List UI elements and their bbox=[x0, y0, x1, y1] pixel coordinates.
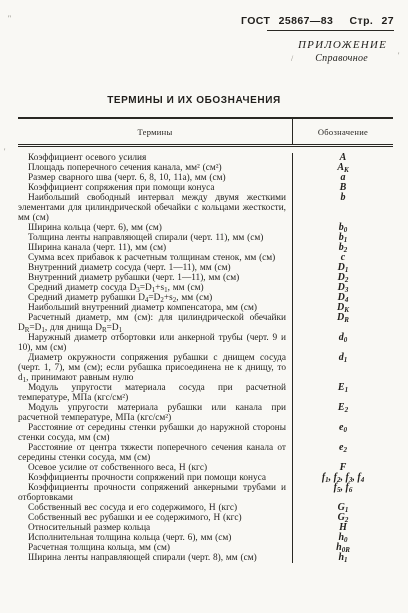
term-cell: Диаметр окружности сопряжения рубашки с … bbox=[18, 353, 292, 383]
doc-number-line: ГОСТ 25867—83 Стр. 27 bbox=[233, 15, 394, 27]
symbol-cell: e2 bbox=[292, 443, 393, 463]
term-cell: Средний диаметр рубашки D4=D2+s2, мм (см… bbox=[18, 293, 292, 303]
scan-artifact: ' bbox=[398, 52, 399, 60]
table-row: Площадь поперечного сечения канала, мм² … bbox=[18, 163, 393, 173]
header-rule bbox=[267, 30, 394, 31]
table-header-row: Термины Обозначение bbox=[18, 117, 393, 147]
doc-number: ГОСТ 25867—83 bbox=[241, 15, 333, 27]
column-header-designation: Обозначение bbox=[292, 119, 393, 144]
table-row: Средний диаметр сосуда D3=D1+s1, мм (см)… bbox=[18, 283, 393, 293]
term-cell: Внутренний диаметр рубашки (черт. 1—11),… bbox=[18, 273, 292, 283]
table-row: Собственный вес сосуда и его содержимого… bbox=[18, 503, 393, 513]
table-row: Расчетный диаметр, мм (см): для цилиндри… bbox=[18, 313, 393, 333]
term-cell: Ширина кольца (черт. 6), мм (см) bbox=[18, 223, 292, 233]
table-row: Наружный диаметр отбортовки или анкерной… bbox=[18, 333, 393, 353]
term-cell: Площадь поперечного сечения канала, мм² … bbox=[18, 163, 292, 173]
symbol-cell: f5, f6 bbox=[292, 483, 393, 503]
term-cell: Наибольший свободный интервал между двум… bbox=[18, 193, 292, 223]
table-row: Собственный вес рубашки и ее содержимого… bbox=[18, 513, 393, 523]
table-row: Относительный размер кольцаH bbox=[18, 523, 393, 533]
term-cell: Исполнительная толщина кольца (черт. 6),… bbox=[18, 533, 292, 543]
page-title: ТЕРМИНЫ И ИХ ОБОЗНАЧЕНИЯ bbox=[0, 95, 388, 106]
table-row: Ширина ленты направляющей спирали (черт.… bbox=[18, 553, 393, 563]
term-cell: Ширина ленты направляющей спирали (черт.… bbox=[18, 553, 292, 563]
symbol-cell: E2 bbox=[292, 403, 393, 423]
term-cell: Осевое усилие от собственного веса, Н (к… bbox=[18, 463, 292, 473]
table-row: Диаметр окружности сопряжения рубашки с … bbox=[18, 353, 393, 383]
column-header-terms: Термины bbox=[18, 119, 292, 144]
term-cell: Коэффициент сопряжения при помощи конуса bbox=[18, 183, 292, 193]
term-cell: Собственный вес сосуда и его содержимого… bbox=[18, 503, 292, 513]
scan-artifact: ' bbox=[4, 148, 5, 156]
table-row: Ширина канала (черт. 11), мм (см)b2 bbox=[18, 243, 393, 253]
term-cell: Коэффициенты прочности сопряжений при по… bbox=[18, 473, 292, 483]
term-cell: Средний диаметр сосуда D3=D1+s1, мм (см) bbox=[18, 283, 292, 293]
term-cell: Толщина ленты направляющей спирали (черт… bbox=[18, 233, 292, 243]
document-page: ГОСТ 25867—83 Стр. 27 ПРИЛОЖЕНИЕ Справоч… bbox=[0, 0, 408, 613]
symbol-cell: h0 bbox=[292, 533, 393, 543]
table-row: Расстояние от середины стенки рубашки до… bbox=[18, 423, 393, 443]
table-row: Наибольший свободный интервал между двум… bbox=[18, 193, 393, 223]
term-cell: Относительный размер кольца bbox=[18, 523, 292, 533]
symbol-cell: b bbox=[292, 193, 393, 223]
scan-artifact: / bbox=[291, 55, 293, 63]
term-cell: Расчетная толщина кольца, мм (см) bbox=[18, 543, 292, 553]
symbol-cell: e0 bbox=[292, 423, 393, 443]
symbol-cell: d1 bbox=[292, 353, 393, 383]
scan-artifact: '' bbox=[8, 15, 11, 23]
term-cell: Расчетный диаметр, мм (см): для цилиндри… bbox=[18, 313, 292, 333]
terms-table: Термины Обозначение Коэффициент осевого … bbox=[18, 117, 393, 563]
appendix-label: ПРИЛОЖЕНИЕ bbox=[233, 39, 394, 51]
table-row: Коэффициенты прочности сопряжений анкерн… bbox=[18, 483, 393, 503]
term-cell: Собственный вес рубашки и ее содержимого… bbox=[18, 513, 292, 523]
term-cell: Внутренний диаметр сосуда (черт. 1—11), … bbox=[18, 263, 292, 273]
term-cell: Коэффициент осевого усилия bbox=[18, 153, 292, 163]
symbol-cell: h1 bbox=[292, 553, 393, 563]
symbol-cell: DR bbox=[292, 313, 393, 333]
table-row: Внутренний диаметр рубашки (черт. 1—11),… bbox=[18, 273, 393, 283]
term-cell: Коэффициенты прочности сопряжений анкерн… bbox=[18, 483, 292, 503]
term-cell: Расстояние от центра тяжести поперечного… bbox=[18, 443, 292, 463]
term-cell: Ширина канала (черт. 11), мм (см) bbox=[18, 243, 292, 253]
symbol-cell: d0 bbox=[292, 333, 393, 353]
table-row: Толщина ленты направляющей спирали (черт… bbox=[18, 233, 393, 243]
table-body: Коэффициент осевого усилияAПлощадь попер… bbox=[18, 147, 393, 563]
symbol-cell: E1 bbox=[292, 383, 393, 403]
table-row: Коэффициент сопряжения при помощи конуса… bbox=[18, 183, 393, 193]
table-row: Модуль упругости материала сосуда при ра… bbox=[18, 383, 393, 403]
term-cell: Размер сварного шва (черт. 6, 8, 10, 11а… bbox=[18, 173, 292, 183]
table-row: Внутренний диаметр сосуда (черт. 1—11), … bbox=[18, 263, 393, 273]
term-cell: Расстояние от середины стенки рубашки до… bbox=[18, 423, 292, 443]
table-row: Сумма всех прибавок к расчетным толщинам… bbox=[18, 253, 393, 263]
term-cell: Наружный диаметр отбортовки или анкерной… bbox=[18, 333, 292, 353]
table-row: Ширина кольца (черт. 6), мм (см)b0 bbox=[18, 223, 393, 233]
term-cell: Сумма всех прибавок к расчетным толщинам… bbox=[18, 253, 292, 263]
table-row: Расстояние от центра тяжести поперечного… bbox=[18, 443, 393, 463]
term-cell: Модуль упругости материала рубашки или к… bbox=[18, 403, 292, 423]
table-row: Модуль упругости материала рубашки или к… bbox=[18, 403, 393, 423]
page-number: Стр. 27 bbox=[350, 15, 394, 27]
term-cell: Наибольший внутренний диаметр компенсато… bbox=[18, 303, 292, 313]
appendix-note-label: Справочное bbox=[233, 53, 394, 64]
table-row: Размер сварного шва (черт. 6, 8, 10, 11а… bbox=[18, 173, 393, 183]
doc-header: ГОСТ 25867—83 Стр. 27 ПРИЛОЖЕНИЕ Справоч… bbox=[233, 15, 394, 64]
table-row: Расчетная толщина кольца, мм (см)h0R bbox=[18, 543, 393, 553]
term-cell: Модуль упругости материала сосуда при ра… bbox=[18, 383, 292, 403]
